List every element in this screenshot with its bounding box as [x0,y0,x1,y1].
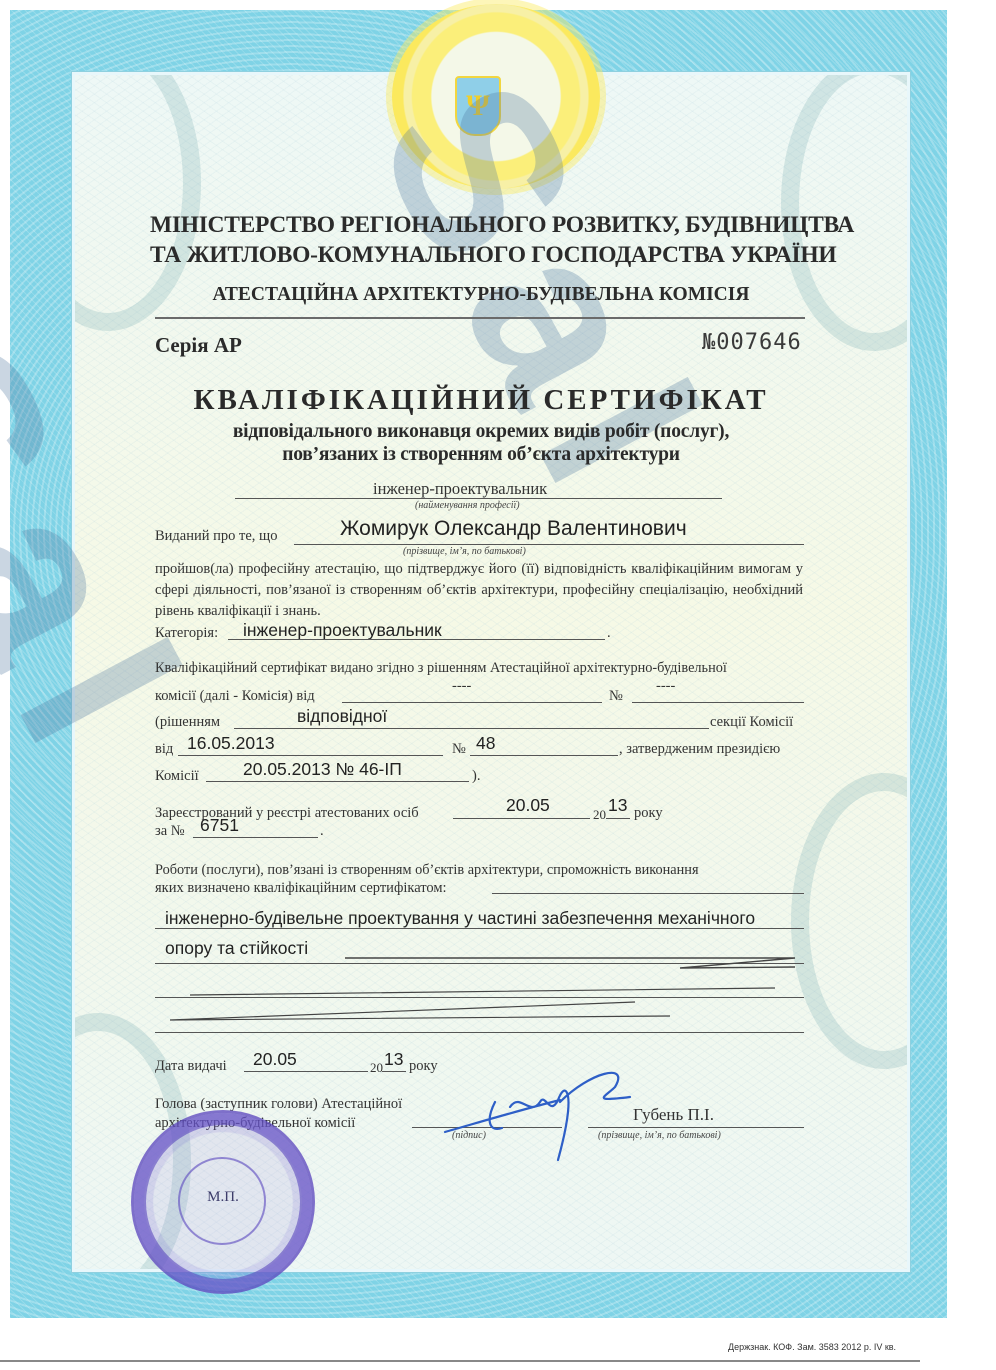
commission-date-line [342,702,602,703]
category-line [228,639,605,640]
ministry-name-line1: МІНІСТЕРСТВО РЕГІОНАЛЬНОГО РОЗВИТКУ, БУД… [150,212,812,239]
registry-year-prefix: 20 [593,807,606,823]
category-value: інженер-проектувальник [243,620,442,641]
registry-no: 6751 [200,815,239,836]
commission-name: АТЕСТАЦІЙНА АРХІТЕКТУРНО-БУДІВЕЛЬНА КОМІ… [150,284,812,306]
issue-year: 13 [384,1049,403,1070]
registry-no-label: за № [155,823,185,840]
works-label-line2: яких визначено кваліфікаційним сертифіка… [155,880,447,897]
issue-date-line [244,1071,368,1072]
commission-no: ---- [656,678,675,695]
certificate-title: КВАЛІФІКАЦІЙНИЙ СЕРТИФІКАТ [150,384,812,417]
issue-date: 20.05 [253,1049,297,1070]
issued-to-label: Виданий про те, що [155,528,277,545]
approved-label: , затвердженим президією [619,741,780,758]
registry-year: 13 [608,795,627,816]
section-label-end: секції Комісії [710,714,793,731]
header-divider [155,317,805,319]
presidium-end: ). [472,768,480,785]
section-date-label: від [155,741,173,758]
registry-no-line [193,837,318,838]
presidium-line [206,781,469,782]
works-line [155,1032,804,1033]
certificate-subtitle-line1: відповідального виконавця окремих видів … [150,421,812,443]
section-no: 48 [476,733,495,754]
stamp-label: М.П. [134,1189,312,1206]
registry-label: Зареєстрований у реєстрі атестованих осі… [155,805,419,822]
certificate-number: №007646 [702,330,802,355]
signatory-title-line1: Голова (заступник голови) Атестаційної [155,1096,402,1113]
works-line [492,893,804,894]
presidium-value: 20.05.2013 № 46-ІП [243,759,402,780]
registry-date: 20.05 [506,795,550,816]
attestation-text: пройшов(ла) професійну атестацію, що під… [155,559,803,622]
certificate-subtitle-line2: пов’язаних із створенням об’єкта архітек… [150,444,812,466]
section-no-line [470,755,618,756]
handwritten-signature [440,1062,640,1162]
issue-year-line [382,1071,406,1072]
printer-mark: Держзнак. КОФ. Зам. 3583 2012 р. IV кв. [728,1342,896,1352]
strike-through-lines [155,950,805,1025]
issue-date-label: Дата видачі [155,1058,227,1075]
section-no-label: № [452,741,466,758]
signatory-name: Губень П.І. [633,1105,714,1125]
section-date: 16.05.2013 [187,733,275,754]
holder-name: Жомирук Олександр Валентинович [340,517,687,541]
registry-year-label: року [634,805,663,822]
commission-date: ---- [452,678,471,695]
registry-year-line [606,818,630,819]
certificate-series: Серія АР [155,333,242,358]
official-stamp: М.П. [131,1110,315,1294]
ministry-name-line2: ТА ЖИТЛОВО-КОМУНАЛЬНОГО ГОСПОДАРСТВА УКР… [150,242,812,269]
profession-caption: (найменування професії) [415,500,520,511]
holder-name-caption: (прізвище, ім’я, по батькові) [403,546,526,557]
decision-text: Кваліфікаційний сертифікат видано згідно… [155,660,727,677]
issue-year-prefix: 20 [370,1060,383,1076]
registry-date-line [453,818,590,819]
scan-edge [0,1360,920,1362]
holder-name-line [294,544,804,545]
commission-no-label: № [609,688,623,705]
commission-no-line [632,702,804,703]
section-value: відповідної [297,706,387,727]
presidium-label: Комісії [155,768,199,785]
works-label-line1: Роботи (послуги), пов’язані із створення… [155,862,699,879]
profession-value: інженер-проектувальник [373,479,547,499]
category-label: Категорія: [155,625,218,642]
section-date-line [178,755,443,756]
commission-date-label: комісії (далі - Комісія) від [155,688,315,705]
works-value-line1: інженерно-будівельне проектування у част… [165,908,755,929]
registry-end: . [320,823,324,840]
works-line [155,928,804,929]
issue-year-label: року [409,1058,438,1075]
section-label: (рішенням [155,714,220,731]
section-line [234,728,709,729]
category-end: . [607,625,611,642]
profession-line [235,498,722,499]
